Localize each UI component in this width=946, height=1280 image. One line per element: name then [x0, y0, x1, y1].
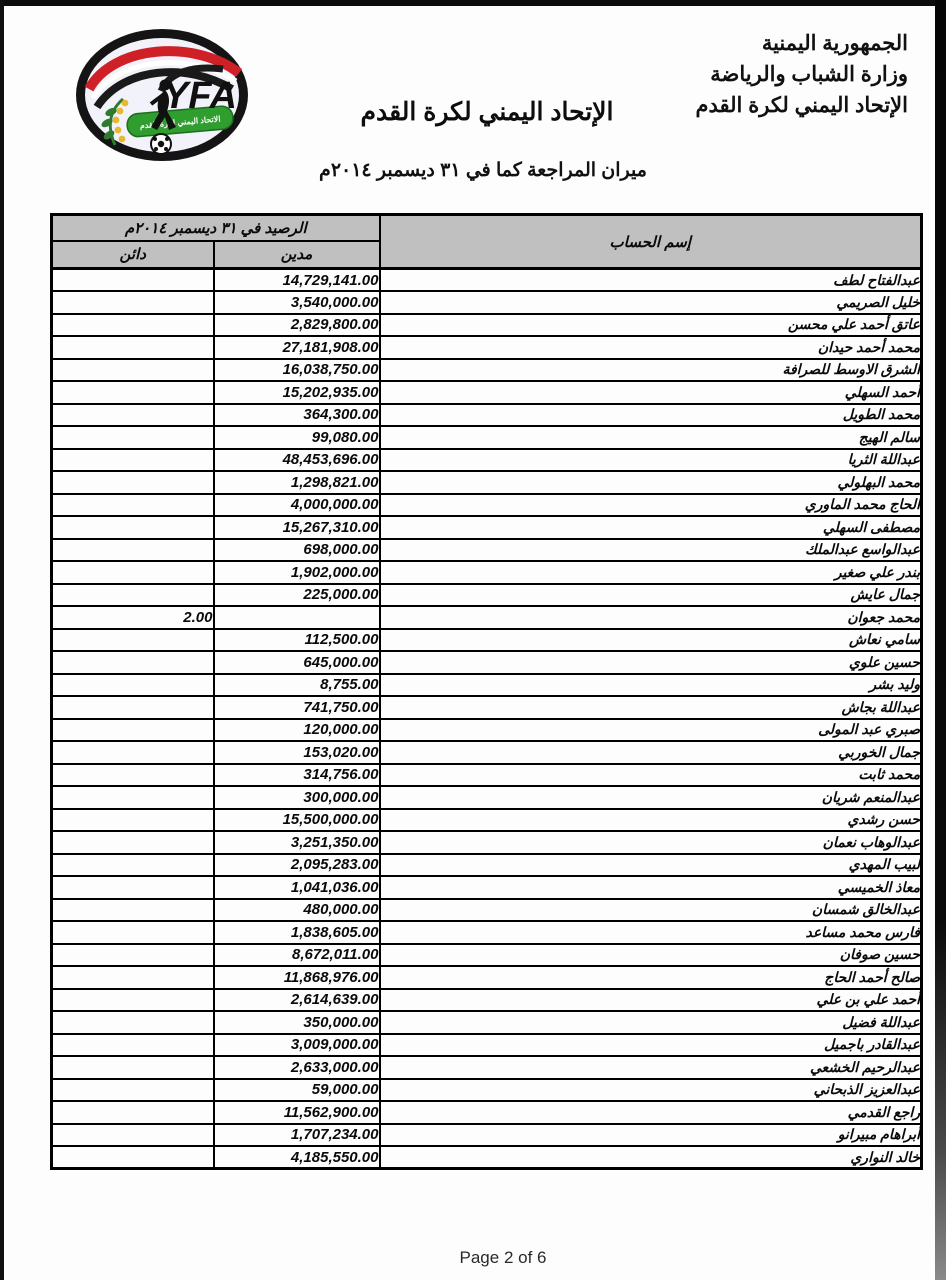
credit-cell — [52, 314, 214, 337]
table-row: عبدالوهاب نعمان 3,251,350.00 — [52, 831, 922, 854]
table-row: عبدالواسع عبدالملك 698,000.00 — [52, 539, 922, 562]
credit-cell — [52, 1034, 214, 1057]
debit-header: مدين — [214, 241, 380, 269]
table-row: عبدالعزيز الذبحاني 59,000.00 — [52, 1079, 922, 1102]
account-name-cell: أحمد علي بن علي — [380, 989, 922, 1012]
debit-cell: 59,000.00 — [214, 1079, 380, 1102]
debit-cell: 314,756.00 — [214, 764, 380, 787]
account-name-cell: سالم الهيج — [380, 426, 922, 449]
account-name-cell: جمال عايش — [380, 584, 922, 607]
credit-cell — [52, 786, 214, 809]
account-name-cell: عبدالفتاح لطف — [380, 269, 922, 292]
debit-cell: 99,080.00 — [214, 426, 380, 449]
scan-edge-top — [0, 0, 946, 6]
credit-cell — [52, 539, 214, 562]
table-row: جمال عايش 225,000.00 — [52, 584, 922, 607]
credit-cell: 2.00 — [52, 606, 214, 629]
account-name-cell: خليل الصريمي — [380, 291, 922, 314]
account-name-cell: أبراهام مبيرانو — [380, 1124, 922, 1147]
account-name-cell: فارس محمد مساعد — [380, 921, 922, 944]
page-number-label: Page 2 of 6 — [30, 1248, 946, 1268]
table-row: فارس محمد مساعد 1,838,605.00 — [52, 921, 922, 944]
account-name-cell: عبدالمنعم شريان — [380, 786, 922, 809]
table-row: لبيب المهدي 2,095,283.00 — [52, 854, 922, 877]
table-row: عبدالقادر باجميل 3,009,000.00 — [52, 1034, 922, 1057]
debit-cell: 14,729,141.00 — [214, 269, 380, 292]
credit-cell — [52, 921, 214, 944]
account-name-cell: راجع القدمي — [380, 1101, 922, 1124]
credit-cell — [52, 336, 214, 359]
debit-cell: 112,500.00 — [214, 629, 380, 652]
table-header-row-1: إسم الحساب الرصيد في ٣١ ديسمبر ٢٠١٤م — [52, 215, 922, 241]
credit-cell — [52, 269, 214, 292]
document-page: الاتحاد اليمني لكرة القدم YFA الجمهورية … — [0, 0, 946, 1280]
table-row: أحمد السهلي 15,202,935.00 — [52, 381, 922, 404]
credit-cell — [52, 809, 214, 832]
credit-cell — [52, 719, 214, 742]
credit-cell — [52, 584, 214, 607]
table-row: عبداللة بجاش 741,750.00 — [52, 696, 922, 719]
account-name-cell: سامي نعاش — [380, 629, 922, 652]
credit-cell — [52, 494, 214, 517]
account-name-cell: حسين علوي — [380, 651, 922, 674]
credit-cell — [52, 404, 214, 427]
credit-cell — [52, 854, 214, 877]
account-name-cell: مصطفى السهلي — [380, 516, 922, 539]
table-row: حسن رشدي 15,500,000.00 — [52, 809, 922, 832]
credit-cell — [52, 471, 214, 494]
debit-cell: 3,540,000.00 — [214, 291, 380, 314]
table-row: سامي نعاش 112,500.00 — [52, 629, 922, 652]
table-row: جمال الخوربي 153,020.00 — [52, 741, 922, 764]
account-name-cell: الحاج محمد الماوري — [380, 494, 922, 517]
debit-cell: 8,672,011.00 — [214, 944, 380, 967]
table-row: عبداللة الثريا 48,453,696.00 — [52, 449, 922, 472]
table-row: وليد بشر 8,755.00 — [52, 674, 922, 697]
table-row: محمد أحمد حيدان 27,181,908.00 — [52, 336, 922, 359]
credit-cell — [52, 944, 214, 967]
org-header-block: الجمهورية اليمنية وزارة الشباب والرياضة … — [696, 28, 908, 121]
credit-cell — [52, 876, 214, 899]
debit-cell: 8,755.00 — [214, 674, 380, 697]
account-name-cell: حسن رشدي — [380, 809, 922, 832]
account-name-cell: عاتق أحمد علي محسن — [380, 314, 922, 337]
logo-acronym: YFA — [163, 75, 237, 117]
debit-cell: 4,000,000.00 — [214, 494, 380, 517]
credit-cell — [52, 831, 214, 854]
account-name-cell: محمد ثابت — [380, 764, 922, 787]
account-name-cell: صالح أحمد الحاج — [380, 966, 922, 989]
debit-cell: 120,000.00 — [214, 719, 380, 742]
credit-cell — [52, 426, 214, 449]
debit-cell: 48,453,696.00 — [214, 449, 380, 472]
credit-cell — [52, 1124, 214, 1147]
table-row: بندر علي صغير 1,902,000.00 — [52, 561, 922, 584]
credit-cell — [52, 764, 214, 787]
credit-cell — [52, 1011, 214, 1034]
table-row: محمد الطويل 364,300.00 — [52, 404, 922, 427]
debit-cell: 2,095,283.00 — [214, 854, 380, 877]
credit-cell — [52, 1056, 214, 1079]
account-name-cell: أحمد السهلي — [380, 381, 922, 404]
table-row: الحاج محمد الماوري 4,000,000.00 — [52, 494, 922, 517]
table-row: عبداللة فضيل 350,000.00 — [52, 1011, 922, 1034]
debit-cell: 480,000.00 — [214, 899, 380, 922]
debit-cell: 364,300.00 — [214, 404, 380, 427]
credit-cell — [52, 674, 214, 697]
debit-cell: 1,838,605.00 — [214, 921, 380, 944]
debit-cell: 153,020.00 — [214, 741, 380, 764]
credit-cell — [52, 449, 214, 472]
account-name-cell: محمد البهلولي — [380, 471, 922, 494]
credit-cell — [52, 1101, 214, 1124]
debit-cell — [214, 606, 380, 629]
table-row: حسين علوي 645,000.00 — [52, 651, 922, 674]
table-row: حسين صوفان 8,672,011.00 — [52, 944, 922, 967]
table-row: محمد البهلولي 1,298,821.00 — [52, 471, 922, 494]
debit-cell: 27,181,908.00 — [214, 336, 380, 359]
table-row: أحمد علي بن علي 2,614,639.00 — [52, 989, 922, 1012]
yfa-logo-icon: الاتحاد اليمني لكرة القدم YFA — [73, 27, 251, 164]
credit-cell — [52, 561, 214, 584]
debit-cell: 1,707,234.00 — [214, 1124, 380, 1147]
table-row: محمد جعوان 2.00 — [52, 606, 922, 629]
credit-cell — [52, 899, 214, 922]
table-row: عبدالفتاح لطف 14,729,141.00 — [52, 269, 922, 292]
debit-cell: 15,202,935.00 — [214, 381, 380, 404]
debit-cell: 2,633,000.00 — [214, 1056, 380, 1079]
scan-edge-right — [935, 0, 946, 1280]
account-name-header: إسم الحساب — [380, 215, 922, 269]
table-row: صبري عبد المولى 120,000.00 — [52, 719, 922, 742]
table-row: راجع القدمي 11,562,900.00 — [52, 1101, 922, 1124]
table-row: عبدالمنعم شريان 300,000.00 — [52, 786, 922, 809]
credit-cell — [52, 516, 214, 539]
account-name-cell: عبداللة الثريا — [380, 449, 922, 472]
debit-cell: 4,185,550.00 — [214, 1146, 380, 1169]
account-name-cell: محمد أحمد حيدان — [380, 336, 922, 359]
account-name-cell: عبداللة فضيل — [380, 1011, 922, 1034]
debit-cell: 350,000.00 — [214, 1011, 380, 1034]
account-name-cell: عبدالخالق شمسان — [380, 899, 922, 922]
credit-cell — [52, 651, 214, 674]
account-name-cell: حسين صوفان — [380, 944, 922, 967]
credit-cell — [52, 966, 214, 989]
table-row: معاذ الخميسي 1,041,036.00 — [52, 876, 922, 899]
debit-cell: 3,251,350.00 — [214, 831, 380, 854]
account-name-cell: بندر علي صغير — [380, 561, 922, 584]
table-row: خالد النواري 4,185,550.00 — [52, 1146, 922, 1169]
scan-edge-left — [0, 0, 4, 1280]
federation-title: الإتحاد اليمني لكرة القدم — [361, 97, 614, 127]
debit-cell: 2,829,800.00 — [214, 314, 380, 337]
account-name-cell: معاذ الخميسي — [380, 876, 922, 899]
org-line-ministry: وزارة الشباب والرياضة — [696, 59, 908, 90]
accounts-tbody: عبدالفتاح لطف 14,729,141.00 خليل الصريمي… — [52, 269, 922, 1169]
credit-cell — [52, 629, 214, 652]
table-row: محمد ثابت 314,756.00 — [52, 764, 922, 787]
table-row: الشرق الاوسط للصرافة 16,038,750.00 — [52, 359, 922, 382]
credit-cell — [52, 741, 214, 764]
account-name-cell: لبيب المهدي — [380, 854, 922, 877]
debit-cell: 11,868,976.00 — [214, 966, 380, 989]
debit-cell: 698,000.00 — [214, 539, 380, 562]
table-row: عاتق أحمد علي محسن 2,829,800.00 — [52, 314, 922, 337]
org-line-federation: الإتحاد اليمني لكرة القدم — [696, 90, 908, 121]
credit-cell — [52, 696, 214, 719]
account-name-cell: عبدالوهاب نعمان — [380, 831, 922, 854]
debit-cell: 15,267,310.00 — [214, 516, 380, 539]
account-name-cell: عبدالقادر باجميل — [380, 1034, 922, 1057]
table-row: سالم الهيج 99,080.00 — [52, 426, 922, 449]
credit-cell — [52, 291, 214, 314]
table-row: عبدالرحيم الخشعي 2,633,000.00 — [52, 1056, 922, 1079]
balance-header: الرصيد في ٣١ ديسمبر ٢٠١٤م — [52, 215, 380, 241]
table-row: خليل الصريمي 3,540,000.00 — [52, 291, 922, 314]
debit-cell: 741,750.00 — [214, 696, 380, 719]
debit-cell: 300,000.00 — [214, 786, 380, 809]
account-name-cell: صبري عبد المولى — [380, 719, 922, 742]
account-name-cell: محمد الطويل — [380, 404, 922, 427]
debit-cell: 15,500,000.00 — [214, 809, 380, 832]
account-name-cell: عبداللة بجاش — [380, 696, 922, 719]
org-line-country: الجمهورية اليمنية — [696, 28, 908, 59]
debit-cell: 3,009,000.00 — [214, 1034, 380, 1057]
account-name-cell: جمال الخوربي — [380, 741, 922, 764]
credit-cell — [52, 1146, 214, 1169]
debit-cell: 225,000.00 — [214, 584, 380, 607]
credit-cell — [52, 1079, 214, 1102]
credit-cell — [52, 381, 214, 404]
account-name-cell: عبدالرحيم الخشعي — [380, 1056, 922, 1079]
document-subtitle: ميران المراجعة كما في ٣١ ديسمبر ٢٠١٤م — [319, 159, 647, 182]
debit-cell: 11,562,900.00 — [214, 1101, 380, 1124]
yfa-logo: الاتحاد اليمني لكرة القدم YFA — [73, 27, 251, 164]
debit-cell: 1,902,000.00 — [214, 561, 380, 584]
account-name-cell: الشرق الاوسط للصرافة — [380, 359, 922, 382]
table-row: صالح أحمد الحاج 11,868,976.00 — [52, 966, 922, 989]
account-name-cell: محمد جعوان — [380, 606, 922, 629]
account-name-cell: وليد بشر — [380, 674, 922, 697]
credit-cell — [52, 989, 214, 1012]
credit-cell — [52, 359, 214, 382]
account-name-cell: خالد النواري — [380, 1146, 922, 1169]
account-name-cell: عبدالواسع عبدالملك — [380, 539, 922, 562]
table-row: أبراهام مبيرانو 1,707,234.00 — [52, 1124, 922, 1147]
debit-cell: 2,614,639.00 — [214, 989, 380, 1012]
debit-cell: 16,038,750.00 — [214, 359, 380, 382]
debit-cell: 645,000.00 — [214, 651, 380, 674]
debit-cell: 1,298,821.00 — [214, 471, 380, 494]
debit-cell: 1,041,036.00 — [214, 876, 380, 899]
accounts-table: إسم الحساب الرصيد في ٣١ ديسمبر ٢٠١٤م مدي… — [50, 213, 923, 1170]
table-row: عبدالخالق شمسان 480,000.00 — [52, 899, 922, 922]
account-name-cell: عبدالعزيز الذبحاني — [380, 1079, 922, 1102]
credit-header: دائن — [52, 241, 214, 269]
table-row: مصطفى السهلي 15,267,310.00 — [52, 516, 922, 539]
